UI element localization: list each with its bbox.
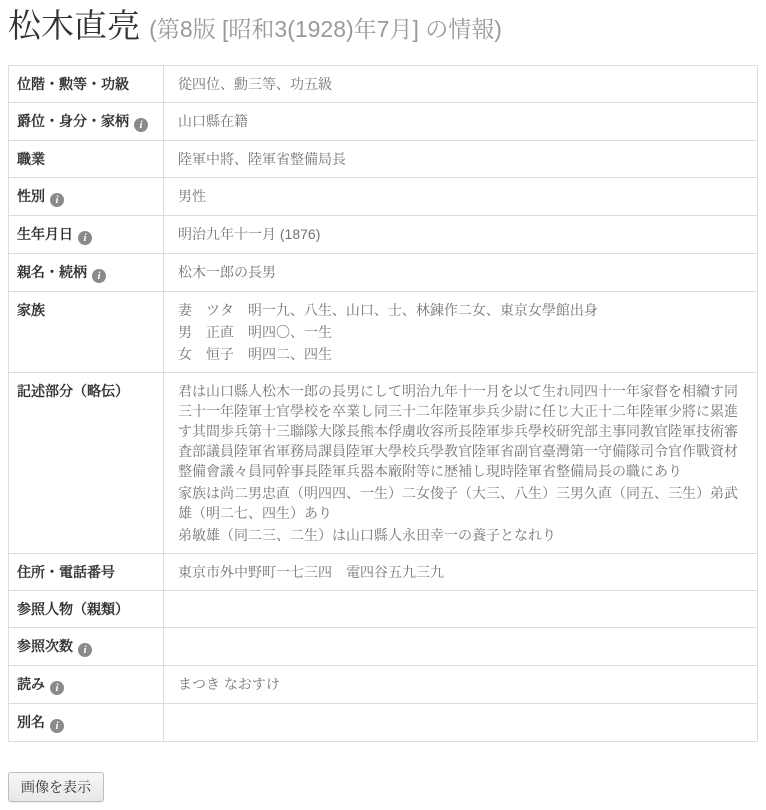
- value-line: 明治九年十一月 (1876): [178, 224, 743, 244]
- value-line: 男 正直 明四〇、一生: [178, 322, 743, 342]
- person-detail-table: 位階・勲等・功級 從四位、勳三等、功五級 爵位・身分・家柄i 山口縣在籍 職業 …: [8, 65, 758, 742]
- value-line: 山口縣在籍: [178, 111, 743, 131]
- table-row: 住所・電話番号 東京市外中野町一七三四 電四谷五九三九: [9, 554, 758, 591]
- row-label-cell: 性別i: [9, 178, 164, 216]
- row-label-text: 参照次数: [17, 638, 73, 654]
- row-label-cell: 生年月日i: [9, 216, 164, 254]
- value-line: まつき なおすけ: [178, 674, 743, 694]
- row-value-cell: [164, 591, 758, 628]
- table-row: 爵位・身分・家柄i 山口縣在籍: [9, 103, 758, 141]
- table-row: 位階・勲等・功級 從四位、勳三等、功五級: [9, 66, 758, 103]
- value-line: 妻 ツタ 明一九、八生、山口、士、林錬作二女、東京女學館出身: [178, 300, 743, 320]
- row-value-cell: まつき なおすけ: [164, 666, 758, 704]
- value-line: 女 恒子 明四二、四生: [178, 344, 743, 364]
- value-line: 弟敏雄（同二三、二生）は山口縣人永田幸一の養子となれり: [178, 525, 743, 545]
- row-label-text: 読み: [17, 676, 45, 692]
- edition-note: (第8版 [昭和3(1928)年7月] の情報): [149, 16, 502, 42]
- row-label-text: 家族: [17, 302, 45, 318]
- table-row: 生年月日i 明治九年十一月 (1876): [9, 216, 758, 254]
- row-label-text: 爵位・身分・家柄: [17, 113, 129, 129]
- table-row: 家族 妻 ツタ 明一九、八生、山口、士、林錬作二女、東京女學館出身男 正直 明四…: [9, 292, 758, 373]
- value-line: 男性: [178, 186, 743, 206]
- person-name: 松木直亮: [8, 7, 140, 44]
- row-label-cell: 参照人物（親類）: [9, 591, 164, 628]
- table-row: 記述部分（略伝） 君は山口縣人松木一郎の長男にして明治九年十一月を以て生れ同四十…: [9, 373, 758, 554]
- row-label-cell: 記述部分（略伝）: [9, 373, 164, 554]
- row-value-cell: 男性: [164, 178, 758, 216]
- value-line: 松木一郎の長男: [178, 262, 743, 282]
- row-label-cell: 位階・勲等・功級: [9, 66, 164, 103]
- row-label-cell: 家族: [9, 292, 164, 373]
- value-line: 從四位、勳三等、功五級: [178, 74, 743, 94]
- table-row: 参照次数i: [9, 628, 758, 666]
- row-value-cell: 陸軍中將、陸軍省整備局長: [164, 141, 758, 178]
- row-label-text: 位階・勲等・功級: [17, 76, 129, 92]
- show-image-button[interactable]: 画像を表示: [8, 772, 104, 802]
- row-label-text: 参照人物（親類）: [17, 601, 129, 617]
- person-table-body: 位階・勲等・功級 從四位、勳三等、功五級 爵位・身分・家柄i 山口縣在籍 職業 …: [9, 66, 758, 742]
- row-value-cell: 山口縣在籍: [164, 103, 758, 141]
- row-label-cell: 爵位・身分・家柄i: [9, 103, 164, 141]
- value-line: 陸軍中將、陸軍省整備局長: [178, 149, 743, 169]
- row-value-cell: 從四位、勳三等、功五級: [164, 66, 758, 103]
- info-icon[interactable]: i: [92, 269, 106, 283]
- row-label-text: 性別: [17, 188, 45, 204]
- info-icon[interactable]: i: [50, 681, 64, 695]
- info-icon[interactable]: i: [134, 118, 148, 132]
- row-label-cell: 親名・続柄i: [9, 254, 164, 292]
- row-value-cell: 君は山口縣人松木一郎の長男にして明治九年十一月を以て生れ同四十一年家督を相續す同…: [164, 373, 758, 554]
- row-label-cell: 参照次数i: [9, 628, 164, 666]
- row-label-text: 親名・続柄: [17, 264, 87, 280]
- table-row: 親名・続柄i 松木一郎の長男: [9, 254, 758, 292]
- row-value-cell: 妻 ツタ 明一九、八生、山口、士、林錬作二女、東京女學館出身男 正直 明四〇、一…: [164, 292, 758, 373]
- table-row: 参照人物（親類）: [9, 591, 758, 628]
- page-title: 松木直亮 (第8版 [昭和3(1928)年7月] の情報): [8, 8, 758, 44]
- value-line: 君は山口縣人松木一郎の長男にして明治九年十一月を以て生れ同四十一年家督を相續す同…: [178, 381, 743, 481]
- info-icon[interactable]: i: [78, 643, 92, 657]
- row-value-cell: 松木一郎の長男: [164, 254, 758, 292]
- info-icon[interactable]: i: [50, 193, 64, 207]
- row-label-cell: 職業: [9, 141, 164, 178]
- table-row: 別名i: [9, 704, 758, 742]
- table-row: 読みi まつき なおすけ: [9, 666, 758, 704]
- row-label-text: 住所・電話番号: [17, 564, 115, 580]
- info-icon[interactable]: i: [50, 719, 64, 733]
- row-label-cell: 住所・電話番号: [9, 554, 164, 591]
- info-icon[interactable]: i: [78, 231, 92, 245]
- row-value-cell: [164, 704, 758, 742]
- row-value-cell: 明治九年十一月 (1876): [164, 216, 758, 254]
- row-label-text: 記述部分（略伝）: [17, 383, 129, 399]
- row-label-text: 生年月日: [17, 226, 73, 242]
- value-line: 家族は尚二男忠直（明四四、一生）二女俊子（大三、八生）三男久直（同五、三生）弟武…: [178, 483, 743, 523]
- row-label-text: 職業: [17, 151, 45, 167]
- table-row: 性別i 男性: [9, 178, 758, 216]
- table-row: 職業 陸軍中將、陸軍省整備局長: [9, 141, 758, 178]
- value-line: 東京市外中野町一七三四 電四谷五九三九: [178, 562, 743, 582]
- row-value-cell: [164, 628, 758, 666]
- row-label-cell: 別名i: [9, 704, 164, 742]
- row-value-cell: 東京市外中野町一七三四 電四谷五九三九: [164, 554, 758, 591]
- row-label-text: 別名: [17, 714, 45, 730]
- row-label-cell: 読みi: [9, 666, 164, 704]
